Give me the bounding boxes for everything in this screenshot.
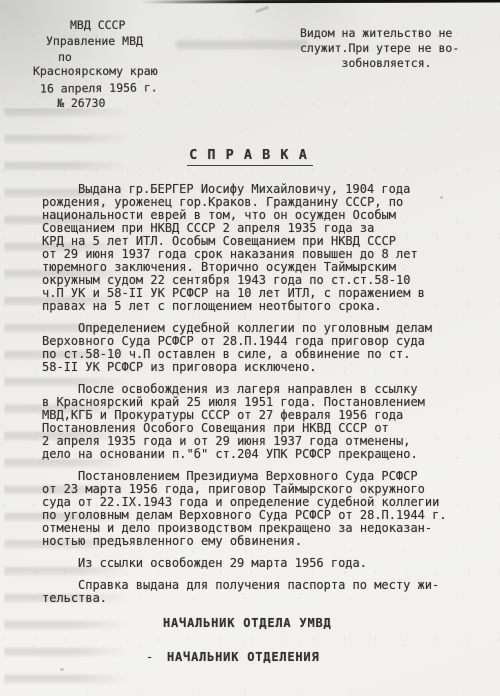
- signature-dash-mark: -: [146, 650, 154, 664]
- scan-speck: [255, 6, 269, 14]
- document-date: 16 апреля 1956 г.: [40, 80, 158, 96]
- residence-permit-note: Видом на жительство не служит.При утере …: [300, 26, 459, 71]
- paragraph-court-ruling-1944: Определением судебной коллегии по уголов…: [42, 322, 484, 374]
- paragraph-exile-and-annulment: После освобождения из лагеря направлен в…: [42, 383, 484, 461]
- issuing-org-line4: Красноярскому краю: [33, 64, 158, 79]
- paragraph-release-date: Из ссылки освобожден 29 марта 1956 года.: [42, 557, 484, 570]
- bleedthrough-mark: [176, 40, 308, 49]
- signature-department-chief: НАЧАЛЬНИК ОТДЕЛА УМВД: [163, 616, 332, 630]
- document-number: № 26730: [57, 96, 105, 111]
- issuing-org-line1: МВД СССР: [70, 18, 125, 33]
- scan-speck: [60, 668, 64, 671]
- document-title: С П Р А В К А: [0, 147, 500, 163]
- document-body: Выдана гр.БЕРГЕР Иосифу Михайловичу, 190…: [42, 183, 484, 614]
- paragraph-issued-to: Выдана гр.БЕРГЕР Иосифу Михайловичу, 190…: [42, 183, 484, 313]
- paragraph-purpose: Справка выдана для получения паспорта по…: [42, 579, 484, 605]
- paragraph-presidium-decision: Постановлением Президиума Верховного Суд…: [42, 470, 484, 548]
- signature-section-chief: НАЧАЛЬНИК ОТДЕЛЕНИЯ: [167, 650, 319, 664]
- issuing-org-line2: Управление МВД: [46, 34, 143, 49]
- scanned-certificate-page: МВД СССР Управление МВД по Красноярскому…: [0, 0, 500, 696]
- scan-edge-artifact: [140, 0, 500, 3]
- issuing-org-line3: по: [58, 50, 72, 65]
